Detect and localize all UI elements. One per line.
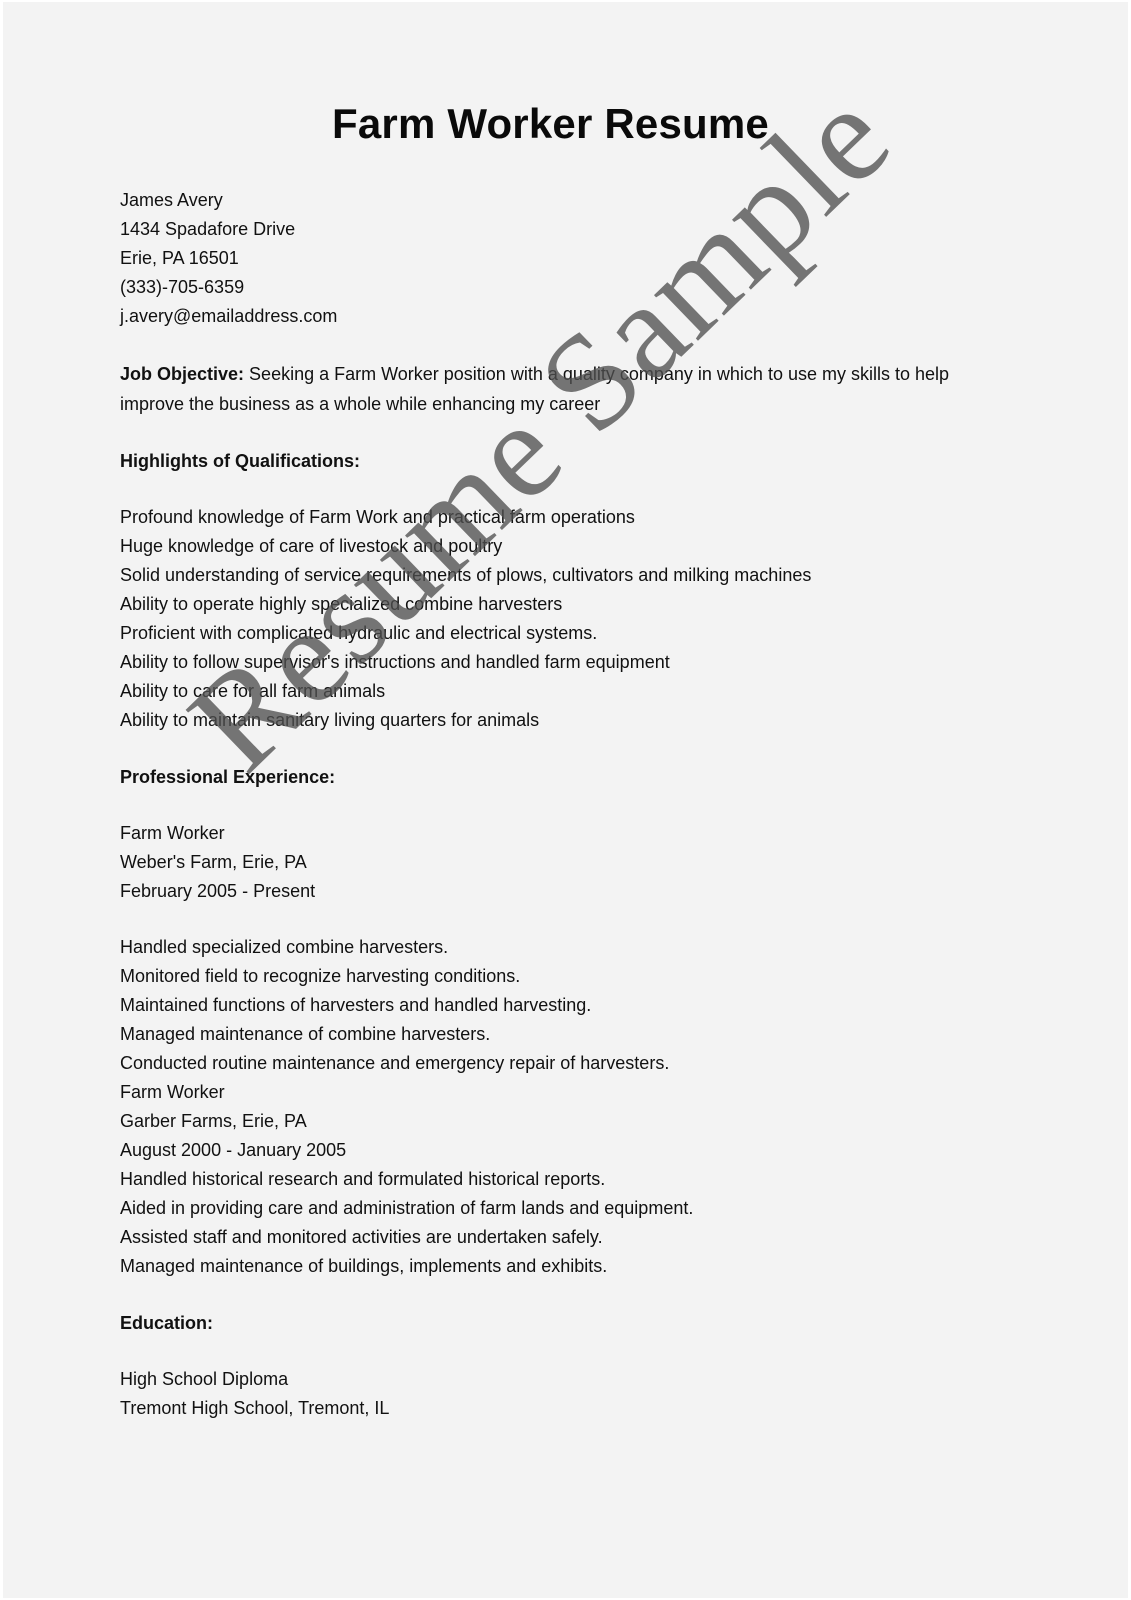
contact-phone: (333)-705-6359: [120, 273, 1080, 302]
objective-label: Job Objective:: [120, 364, 244, 384]
education-school: Tremont High School, Tremont, IL: [120, 1394, 1080, 1423]
job-duties-list: Handled historical research and formulat…: [120, 1165, 1080, 1281]
qualifications-list: Profound knowledge of Farm Work and prac…: [120, 503, 1080, 735]
job-employer: Weber's Farm, Erie, PA: [120, 848, 1080, 877]
contact-street: 1434 Spadafore Drive: [120, 215, 1080, 244]
education-heading: Education:: [120, 1309, 1080, 1338]
job-duty: Assisted staff and monitored activities …: [120, 1223, 1080, 1252]
job-duties-list: Handled specialized combine harvesters.M…: [120, 933, 1080, 1078]
job-dates: February 2005 - Present: [120, 877, 1080, 906]
job-duty: Maintained functions of harvesters and h…: [120, 991, 1080, 1020]
job-duty: Handled specialized combine harvesters.: [120, 933, 1080, 962]
experience-section: Professional Experience: Farm Worker Web…: [120, 763, 1080, 1281]
job-title: Farm Worker: [120, 1078, 1080, 1107]
contact-city: Erie, PA 16501: [120, 244, 1080, 273]
qualifications-heading: Highlights of Qualifications:: [120, 447, 1080, 476]
qualification-item: Ability to care for all farm animals: [120, 677, 1080, 706]
job-entry: Farm Worker Weber's Farm, Erie, PA Febru…: [120, 819, 1080, 1078]
qualification-item: Ability to maintain sanitary living quar…: [120, 706, 1080, 735]
job-employer: Garber Farms, Erie, PA: [120, 1107, 1080, 1136]
education-degree: High School Diploma: [120, 1365, 1080, 1394]
experience-heading: Professional Experience:: [120, 763, 1080, 792]
job-duty: Conducted routine maintenance and emerge…: [120, 1049, 1080, 1078]
contact-name: James Avery: [120, 186, 1080, 215]
contact-block: James Avery 1434 Spadafore Drive Erie, P…: [120, 186, 1080, 331]
education-section: Education: High School Diploma Tremont H…: [120, 1309, 1080, 1423]
objective-section: Job Objective: Seeking a Farm Worker pos…: [120, 359, 980, 419]
job-title: Farm Worker: [120, 819, 1080, 848]
job-duty: Managed maintenance of combine harvester…: [120, 1020, 1080, 1049]
objective-text: Seeking a Farm Worker position with a qu…: [120, 364, 949, 414]
job-duty: Handled historical research and formulat…: [120, 1165, 1080, 1194]
document-title: Farm Worker Resume: [3, 100, 1098, 148]
qualification-item: Ability to operate highly specialized co…: [120, 590, 1080, 619]
qualification-item: Huge knowledge of care of livestock and …: [120, 532, 1080, 561]
qualification-item: Ability to follow supervisor's instructi…: [120, 648, 1080, 677]
job-duty: Managed maintenance of buildings, implem…: [120, 1252, 1080, 1281]
job-duty: Aided in providing care and administrati…: [120, 1194, 1080, 1223]
contact-email: j.avery@emailaddress.com: [120, 302, 1080, 331]
qualification-item: Solid understanding of service requireme…: [120, 561, 1080, 590]
qualifications-section: Highlights of Qualifications: Profound k…: [120, 447, 1080, 735]
job-entry: Farm Worker Garber Farms, Erie, PA Augus…: [120, 1078, 1080, 1281]
resume-page: Farm Worker Resume James Avery 1434 Spad…: [3, 2, 1128, 1598]
qualification-item: Proficient with complicated hydraulic an…: [120, 619, 1080, 648]
qualification-item: Profound knowledge of Farm Work and prac…: [120, 503, 1080, 532]
job-dates: August 2000 - January 2005: [120, 1136, 1080, 1165]
resume-body: James Avery 1434 Spadafore Drive Erie, P…: [120, 186, 1080, 1423]
job-duty: Monitored field to recognize harvesting …: [120, 962, 1080, 991]
